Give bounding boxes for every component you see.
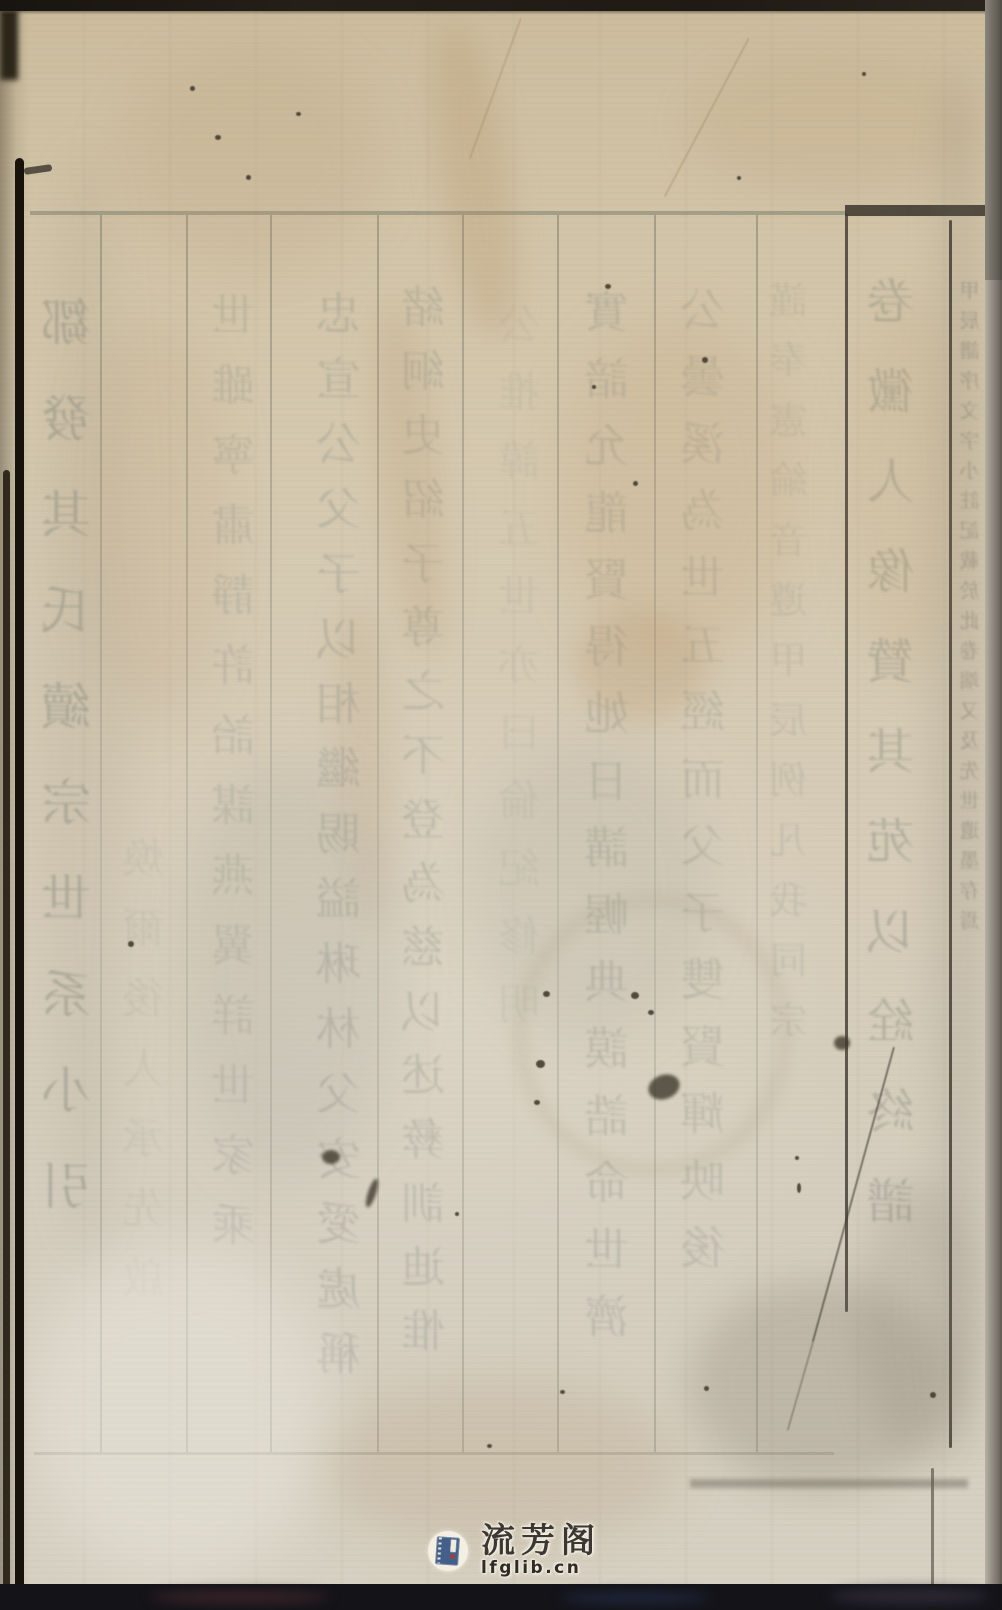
watermark-title: 流芳阁 — [481, 1524, 601, 1558]
gutter-corner-shadow — [0, 0, 18, 80]
watermark-url: lfglib.cn — [481, 1560, 601, 1577]
book-gutter-edge — [0, 0, 30, 1610]
book-stitching-icon — [437, 1537, 442, 1563]
book-bottom-edge — [0, 1584, 1002, 1610]
book-top-edge — [0, 0, 1002, 11]
watermark-text: 流芳阁 lfglib.cn — [481, 1524, 601, 1577]
page-right-edge — [985, 0, 1002, 1610]
book-title-label-icon — [450, 1539, 457, 1552]
binding-tint — [150, 1590, 330, 1604]
gutter-dark-line — [3, 470, 10, 1610]
binding-tint — [830, 1588, 990, 1604]
right-edge-shadow — [985, 0, 1002, 280]
binding-tint — [560, 1592, 710, 1604]
lfglib-watermark: 流芳阁 lfglib.cn — [428, 1524, 601, 1577]
red-seal-icon — [451, 1554, 455, 1558]
paper-sheet — [0, 0, 988, 1610]
gutter-dark-line — [15, 158, 24, 1610]
book-icon — [435, 1536, 460, 1566]
scanned-book-page: 鄒發其氏續宗世系小引世雖寧肅靜許詒謀燕翼詳世家乘煥爾後人承先啟忠宣公父子以相繼賜… — [0, 0, 1002, 1610]
watermark-logo-circle — [428, 1531, 468, 1571]
